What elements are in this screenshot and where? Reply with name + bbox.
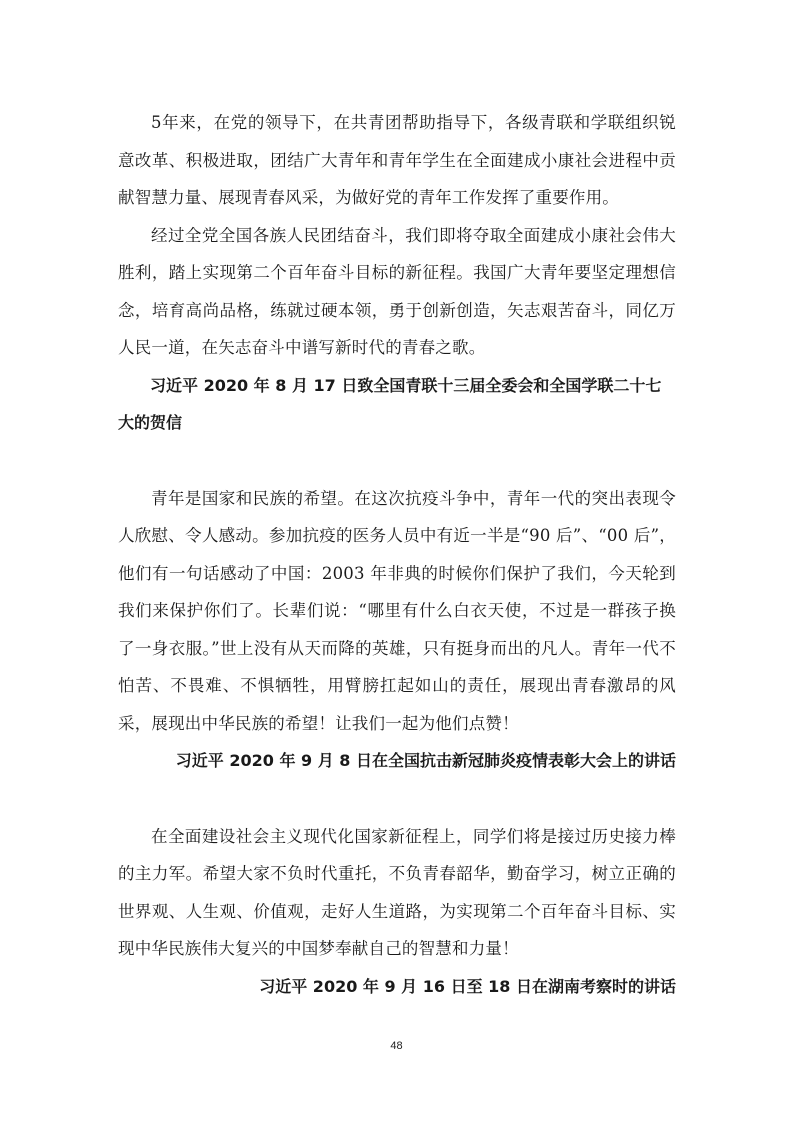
spacer bbox=[118, 780, 676, 818]
spacer bbox=[118, 442, 676, 480]
paragraph: 经过全党全国各族人民团结奋斗，我们即将夺取全面建成小康社会伟大胜利，踏上实现第二… bbox=[118, 217, 676, 367]
page-number: 48 bbox=[0, 1040, 793, 1052]
source-citation: 习近平 2020 年 9 月 16 日至 18 日在湖南考察时的讲话 bbox=[118, 968, 676, 1006]
paragraph: 在全面建设社会主义现代化国家新征程上，同学们将是接过历史接力棒的主力军。希望大家… bbox=[118, 818, 676, 968]
source-citation: 习近平 2020 年 9 月 8 日在全国抗击新冠肺炎疫情表彰大会上的讲话 bbox=[118, 742, 676, 780]
paragraph: 青年是国家和民族的希望。在这次抗疫斗争中，青年一代的突出表现令人欣慰、令人感动。… bbox=[118, 480, 676, 743]
paragraph: 5年来，在党的领导下，在共青团帮助指导下，各级青联和学联组织锐意改革、积极进取，… bbox=[118, 104, 676, 217]
document-page: 5年来，在党的领导下，在共青团帮助指导下，各级青联和学联组织锐意改革、积极进取，… bbox=[118, 104, 676, 1005]
source-citation: 习近平 2020 年 8 月 17 日致全国青联十三届全委会和全国学联二十七大的… bbox=[118, 367, 676, 442]
